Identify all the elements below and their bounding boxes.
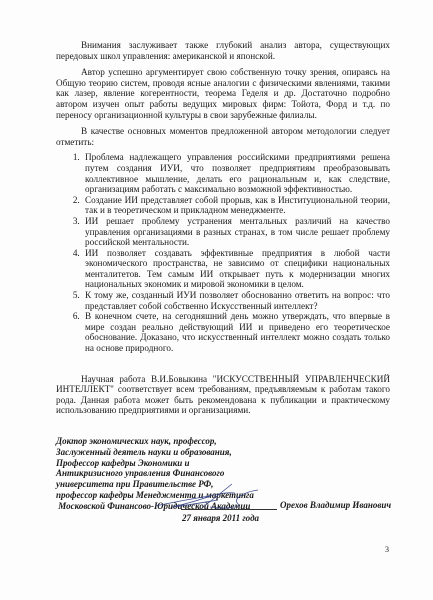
credential-line: Заслуженный деятель науки и образования, (56, 447, 390, 458)
page-number: 3 (385, 545, 389, 554)
credential-line: Профессор кафедры Экономики и (56, 458, 390, 469)
document-body: Внимания заслуживает также глубокий анал… (56, 40, 390, 512)
list-item: ИИ позволяет создавать эффективные предп… (82, 248, 390, 290)
paragraph: Автор успешно аргументирует свою собстве… (56, 67, 390, 120)
list-item: Создание ИИ представляет собой прорыв, к… (82, 195, 390, 216)
list-item: Проблема надлежащего управления российск… (82, 152, 390, 194)
paragraph: Внимания заслуживает также глубокий анал… (56, 40, 390, 61)
signer-name: Орехов Владимир Иванович (280, 500, 391, 510)
list-item: К тому же, созданный ИУИ позволяет обосн… (82, 290, 390, 311)
methodology-list: Проблема надлежащего управления российск… (56, 152, 390, 353)
paragraph: В качестве основных моментов предложенно… (56, 126, 390, 147)
handwritten-signature (150, 480, 270, 512)
signature-line (181, 509, 277, 510)
credential-line: Антикризисного управления Финансового (56, 468, 390, 479)
signature-date: 27 января 2011 года (182, 513, 259, 523)
conclusion-paragraph: Научная работа В.И.Бовыкина "ИСКУССТВЕНН… (56, 374, 390, 416)
list-item: ИИ решает проблему устранения ментальных… (82, 216, 390, 248)
credential-line: Доктор экономических наук, профессор, (56, 436, 390, 447)
list-item: В конечном счете, на сегодняшний день мо… (82, 311, 390, 353)
